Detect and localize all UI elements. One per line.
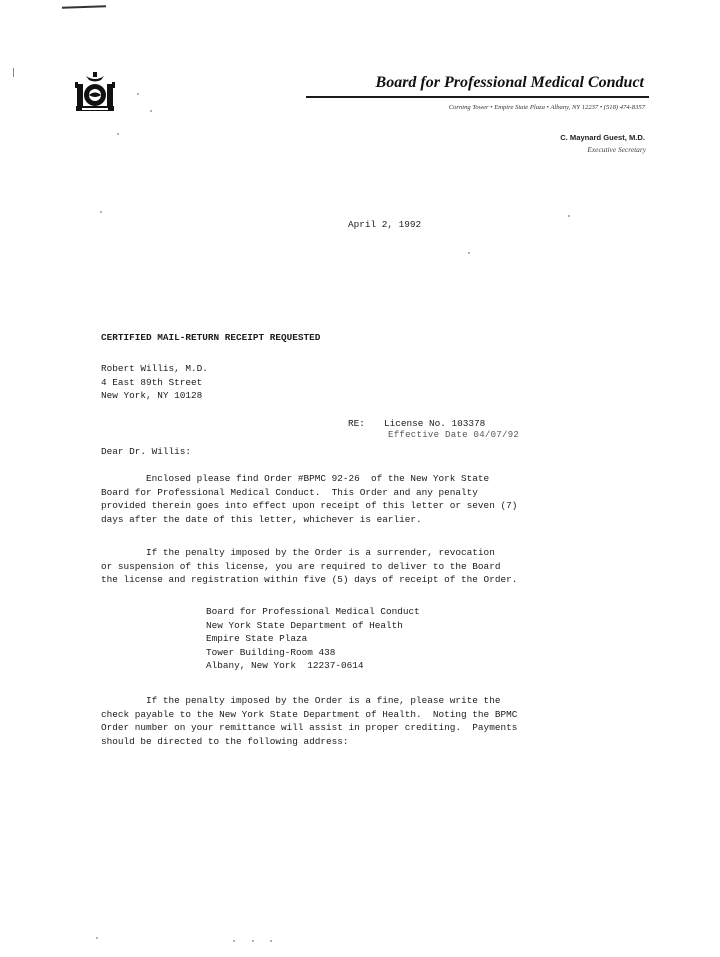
scan-artifact-mark (13, 68, 14, 77)
re-license-number: License No. 103378 (384, 417, 485, 431)
signatory-name: C. Maynard Guest, M.D. (560, 133, 645, 142)
scan-speck (252, 940, 254, 942)
paragraph-fine-payment: If the penalty imposed by the Order is a… (101, 694, 517, 748)
letterhead-address: Corning Tower • Empire State Plaza • Alb… (449, 104, 645, 111)
re-effective-date: Effective Date 04/07/92 (388, 430, 519, 440)
re-label: RE: (348, 417, 365, 431)
board-address-line: Board for Professional Medical Conduct (206, 605, 420, 619)
recipient-address: Robert Willis, M.D. 4 East 89th Street N… (101, 362, 208, 403)
paragraph-line: provided therein goes into effect upon r… (101, 499, 517, 513)
board-address-line: New York State Department of Health (206, 619, 420, 633)
scan-speck (568, 215, 570, 217)
paragraph-line: If the penalty imposed by the Order is a… (101, 694, 517, 708)
scan-speck (117, 133, 119, 135)
board-address-block: Board for Professional Medical Conduct N… (206, 605, 420, 673)
paragraph-line: check payable to the New York State Depa… (101, 708, 517, 722)
paragraph-surrender: If the penalty imposed by the Order is a… (101, 546, 517, 587)
paragraph-line: the license and registration within five… (101, 573, 517, 587)
scan-speck (233, 940, 235, 942)
scan-speck (150, 110, 152, 112)
board-address-line: Tower Building-Room 438 (206, 646, 420, 660)
scan-speck (468, 252, 470, 254)
letterhead-rule (306, 96, 649, 98)
paragraph-line: Enclosed please find Order #BPMC 92-26 o… (101, 472, 517, 486)
paragraph-line: Order number on your remittance will ass… (101, 721, 517, 735)
paragraph-order-enclosed: Enclosed please find Order #BPMC 92-26 o… (101, 472, 517, 526)
recipient-line: New York, NY 10128 (101, 389, 208, 403)
paragraph-line: should be directed to the following addr… (101, 735, 517, 749)
paragraph-line: Board for Professional Medical Conduct. … (101, 486, 517, 500)
paragraph-line: If the penalty imposed by the Order is a… (101, 546, 517, 560)
signatory-title: Executive Secretary (587, 145, 646, 154)
board-address-line: Empire State Plaza (206, 632, 420, 646)
paragraph-line: days after the date of this letter, whic… (101, 513, 517, 527)
organization-name: Board for Professional Medical Conduct (376, 74, 644, 92)
scan-artifact-line (62, 5, 106, 9)
salutation: Dear Dr. Willis: (101, 445, 191, 459)
scan-speck (96, 937, 98, 939)
new-york-state-seal-icon (72, 68, 118, 114)
scan-speck (270, 940, 272, 942)
board-address-line: Albany, New York 12237-0614 (206, 659, 420, 673)
recipient-line: Robert Willis, M.D. (101, 362, 208, 376)
delivery-notice: CERTIFIED MAIL-RETURN RECEIPT REQUESTED (101, 331, 320, 345)
scan-speck (137, 93, 139, 95)
letter-date: April 2, 1992 (348, 218, 421, 232)
recipient-line: 4 East 89th Street (101, 376, 208, 390)
paragraph-line: or suspension of this license, you are r… (101, 560, 517, 574)
scan-speck (100, 211, 102, 213)
